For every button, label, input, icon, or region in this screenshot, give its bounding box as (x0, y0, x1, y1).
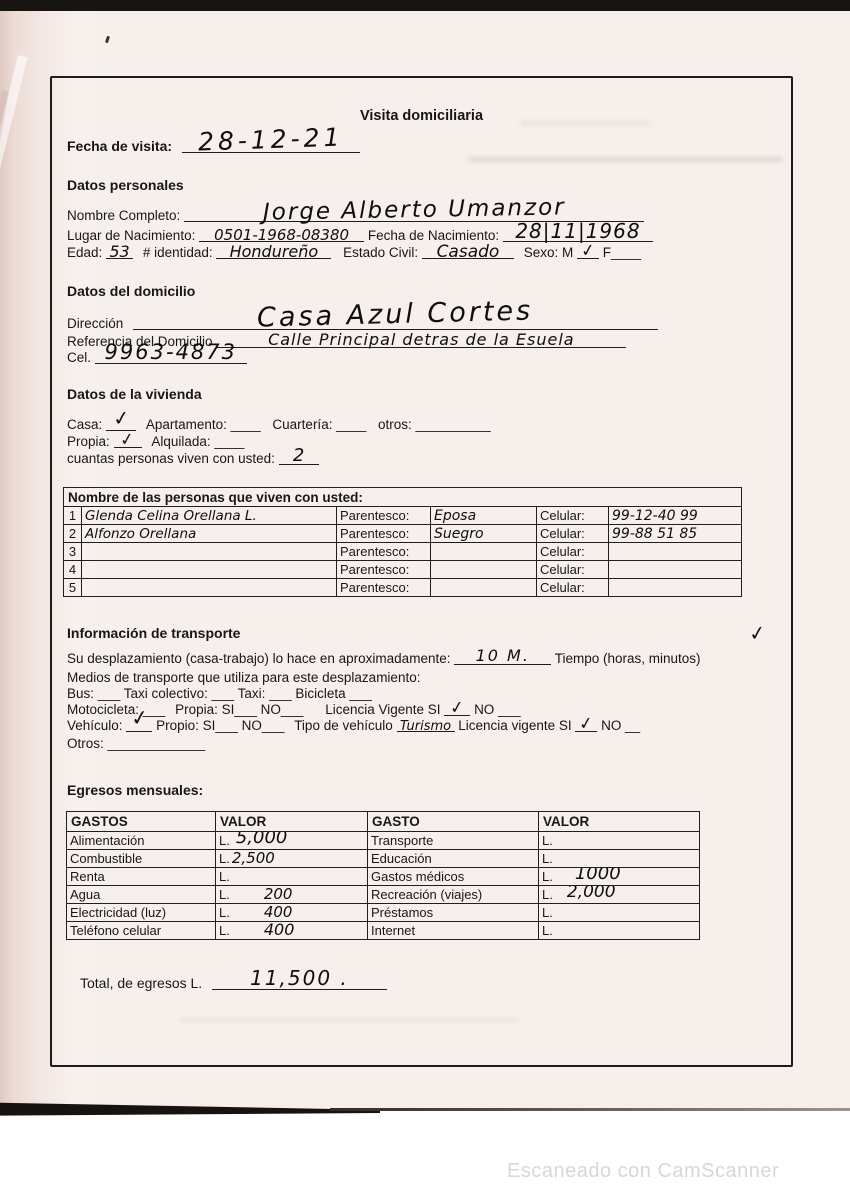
cell-phone-cell (609, 561, 742, 579)
person-name-cell (82, 561, 337, 579)
commute-time-handwriting: 10 M. (476, 652, 530, 660)
commute-time-field: 10 M. (454, 651, 551, 665)
cell-phone-cell (609, 579, 742, 597)
expense-value-cell: L.1000 (539, 868, 700, 886)
currency-prefix: L. (542, 923, 553, 938)
cell-phone-label: Celular: (537, 543, 609, 561)
expense-value-cell: L.5,000 (216, 832, 368, 850)
expenses-table: GASTOS VALOR GASTO VALOR Alimentación L.… (66, 811, 700, 940)
currency-prefix: L. (219, 869, 230, 884)
vehicle-line: Vehículo: ✓ Propio: SI___ NO___ Tipo de … (67, 718, 640, 734)
cell-phone-label: Celular: (537, 561, 609, 579)
visit-date-field: 28-12-21 (182, 139, 360, 153)
person-name-cell: Glenda Celina Orellana L. (82, 507, 337, 525)
address-reference-field: Calle Principal detras de la Esuela (216, 334, 626, 348)
expense-value-handwriting: 5,000 (236, 834, 288, 842)
owned-field: ✓ (114, 434, 142, 448)
motorcycle-label: Motocicleta: ___ (67, 702, 165, 717)
cuarteria-label: Cuartería: ____ (272, 417, 366, 432)
expense-value-cell: L.400 (216, 922, 368, 940)
household-count-field: 2 (279, 451, 319, 465)
table-row: Agua L.200 Recreación (viajes) L.2,000 (67, 886, 700, 904)
kinship-label: Parentesco: (337, 543, 431, 561)
address-reference-handwriting: Calle Principal detras de la Esuela (268, 336, 575, 344)
row-number: 2 (64, 525, 82, 543)
bus-taxi-line: Bus: ___ Taxi colectivo: ___ Taxi: ___ B… (67, 686, 372, 702)
visit-date-line: Fecha de visita: 28-12-21 (67, 138, 360, 155)
birth-place-field: 0501-1968-08380 (199, 228, 364, 242)
cell-phone-label: Celular: (537, 525, 609, 543)
expense-value-cell: L.2,500 (216, 850, 368, 868)
cell-phone-cell: 99-12-40 99 (609, 507, 742, 525)
table-row: 1 Glenda Celina Orellana L. Parentesco: … (64, 507, 742, 525)
table-row: 4 Parentesco: Celular: (64, 561, 742, 579)
monthly-expenses-heading: Egresos mensuales: (67, 782, 203, 798)
table-row: 5 Parentesco: Celular: (64, 579, 742, 597)
currency-prefix: L. (542, 887, 553, 902)
birth-date-label: Fecha de Nacimiento: (368, 228, 499, 243)
expense-name: Teléfono celular (67, 922, 216, 940)
phone-label: Cel. (67, 350, 91, 365)
table-row: 3 Parentesco: Celular: (64, 543, 742, 561)
person-name-handwriting: Alfonzo Orellana (85, 530, 196, 538)
expense-value-cell: L.400 (216, 904, 368, 922)
age-handwriting: 53 (109, 248, 129, 256)
motorcycle-license-label: Licencia Vigente SI (325, 702, 440, 717)
paper-fold-shadow (0, 90, 9, 702)
row-number: 3 (64, 543, 82, 561)
expense-value-cell: L. (539, 922, 700, 940)
visit-date-handwriting: 28-12-21 (198, 133, 344, 146)
column-header: VALOR (539, 812, 700, 832)
expense-name: Préstamos (368, 904, 539, 922)
age-label: Edad: (67, 245, 102, 260)
vehicle-license-label: Licencia vigente SI (458, 718, 571, 733)
sex-m-field: ✓ (577, 245, 599, 259)
phone-handwriting: 9963-4873 (105, 348, 237, 356)
row-number: 5 (64, 579, 82, 597)
vehicle-type-label: Tipo de vehículo (294, 718, 393, 733)
expense-value-handwriting: 2,000 (567, 888, 616, 896)
motorcycle-license-no-label: NO ___ (474, 702, 521, 717)
motorcycle-owned-label: Propia: SI___ NO___ (175, 702, 303, 717)
expense-name: Transporte (368, 832, 539, 850)
expense-name: Recreación (viajes) (368, 886, 539, 904)
others-housing-label: otros: __________ (378, 417, 491, 432)
currency-prefix: L. (219, 833, 230, 848)
table-row: Teléfono celular L.400 Internet L. (67, 922, 700, 940)
transport-heading: Información de transporte (67, 625, 240, 641)
checkmark-icon: ✓ (120, 435, 135, 445)
expense-value-cell: L.200 (216, 886, 368, 904)
address-field: Casa Azul Cortes (133, 316, 658, 330)
currency-prefix: L. (219, 905, 230, 920)
person-name-cell (82, 543, 337, 561)
address-data-heading: Datos del domicilio (67, 283, 195, 299)
vehicle-field: ✓ (126, 718, 152, 732)
expense-value-cell: L. (539, 832, 700, 850)
cell-phone-label: Celular: (537, 507, 609, 525)
checkmark-icon: ✓ (579, 719, 594, 729)
paper-background: Visita domiciliaria Fecha de visita: 28-… (0, 0, 850, 1110)
birth-date-field: 28|11|1968 (503, 228, 653, 242)
kinship-cell (431, 579, 537, 597)
commute-units-label: Tiempo (horas, minutos) (555, 651, 701, 666)
expense-value-handwriting: 400 (264, 908, 293, 916)
sex-f-label: F____ (603, 245, 641, 260)
house-label: Casa: (67, 417, 102, 432)
birth-line: Lugar de Nacimiento: 0501-1968-08380 Fec… (67, 228, 653, 244)
expense-name: Combustible (67, 850, 216, 868)
expense-value-cell: L. (216, 868, 368, 886)
vehicle-type-field: Turismo (397, 718, 455, 732)
scan-top-edge (0, 0, 850, 11)
row-number: 4 (64, 561, 82, 579)
expense-name: Alimentación (67, 832, 216, 850)
ownership-line: Propia: ✓ Alquilada: ____ (67, 434, 244, 450)
housing-data-heading: Datos de la vivienda (67, 386, 202, 402)
expense-name: Electricidad (luz) (67, 904, 216, 922)
kinship-handwriting: Suegro (434, 530, 484, 538)
personal-data-heading: Datos personales (67, 177, 184, 193)
household-table: Nombre de las personas que viven con ust… (63, 487, 742, 597)
currency-prefix: L. (542, 869, 553, 884)
table-row: Alimentación L.5,000 Transporte L. (67, 832, 700, 850)
commute-label: Su desplazamiento (casa-trabajo) lo hace… (67, 651, 450, 666)
total-expenses-label: Total, de egresos L. (80, 975, 202, 991)
expense-value-cell: L. (539, 850, 700, 868)
owned-label: Propia: (67, 434, 110, 449)
currency-prefix: L. (542, 905, 553, 920)
currency-prefix: L. (219, 851, 230, 866)
expense-name: Internet (368, 922, 539, 940)
visit-date-label: Fecha de visita: (67, 138, 172, 154)
kinship-handwriting: Eposa (434, 512, 476, 520)
birth-place-label: Lugar de Nacimiento: (67, 228, 195, 243)
expense-value-handwriting: 200 (264, 890, 293, 898)
expense-value-cell: L.2,000 (539, 886, 700, 904)
household-table-header: Nombre de las personas que viven con ust… (64, 488, 742, 507)
cell-phone-handwriting: 99-12-40 99 (612, 512, 698, 520)
total-expenses-line: Total, de egresos L. 11,500 . (80, 975, 387, 992)
identity-handwriting: Hondureño (230, 248, 319, 256)
sex-label: Sexo: M (524, 245, 574, 260)
cell-phone-cell (609, 543, 742, 561)
household-count-line: cuantas personas viven con usted: 2 (67, 451, 319, 467)
scan-bottom-edge (0, 1097, 380, 1116)
commute-line: Su desplazamiento (casa-trabajo) lo hace… (67, 651, 701, 667)
vehicle-label: Vehículo: (67, 718, 123, 733)
ink-speck (105, 36, 110, 44)
kinship-label: Parentesco: (337, 525, 431, 543)
column-header: VALOR (216, 812, 368, 832)
address-handwriting: Casa Azul Cortes (257, 307, 533, 322)
civil-status-handwriting: Casado (437, 248, 500, 256)
age-field: 53 (106, 245, 133, 259)
person-name-cell: Alfonzo Orellana (82, 525, 337, 543)
column-header: GASTOS (67, 812, 216, 832)
currency-prefix: L. (219, 923, 230, 938)
total-expenses-handwriting: 11,500 . (250, 974, 349, 982)
motorcycle-license-yes-field: ✓ (444, 702, 470, 716)
expense-name: Gastos médicos (368, 868, 539, 886)
camscanner-watermark: Escaneado con CamScanner (507, 1160, 779, 1183)
currency-prefix: L. (219, 887, 230, 902)
expenses-table-header: GASTOS VALOR GASTO VALOR (67, 812, 700, 832)
expense-name: Agua (67, 886, 216, 904)
full-name-label: Nombre Completo: (67, 208, 180, 223)
table-row: 2 Alfonzo Orellana Parentesco: Suegro Ce… (64, 525, 742, 543)
table-row: Renta L. Gastos médicos L.1000 (67, 868, 700, 886)
form-title: Visita domiciliaria (52, 108, 791, 124)
scanned-form-page: Visita domiciliaria Fecha de visita: 28-… (0, 0, 850, 1202)
transport-means-label: Medios de transporte que utiliza para es… (67, 670, 420, 686)
checkmark-icon: ✓ (580, 246, 595, 256)
birth-place-handwriting: 0501-1968-08380 (214, 231, 349, 239)
expense-name: Educación (368, 850, 539, 868)
kinship-label: Parentesco: (337, 507, 431, 525)
phone-field: 9963-4873 (95, 350, 247, 364)
expense-value-cell: L. (539, 904, 700, 922)
identity-label: # identidad: (143, 245, 213, 260)
expense-name: Renta (67, 868, 216, 886)
checkmark-icon: ✓ (749, 628, 767, 638)
kinship-cell (431, 561, 537, 579)
civil-status-field: Casado (422, 245, 514, 259)
checkmark-icon: ✓ (130, 713, 149, 723)
person-name-cell (82, 579, 337, 597)
expense-value-handwriting: 2,500 (232, 854, 275, 862)
apartment-label: Apartamento: ____ (146, 417, 261, 432)
household-count-handwriting: 2 (293, 452, 304, 460)
currency-prefix: L. (542, 851, 553, 866)
vehicle-license-yes-field: ✓ (575, 718, 597, 732)
kinship-cell (431, 543, 537, 561)
kinship-label: Parentesco: (337, 579, 431, 597)
scan-bottom-edge-line (330, 1108, 850, 1111)
table-row: Combustible L.2,500 Educación L. (67, 850, 700, 868)
cell-phone-cell: 99-88 51 85 (609, 525, 742, 543)
row-number: 1 (64, 507, 82, 525)
table-row: Electricidad (luz) L.400 Préstamos L. (67, 904, 700, 922)
cell-phone-handwriting: 99-88 51 85 (612, 530, 697, 538)
checkmark-icon: ✓ (450, 703, 465, 713)
vehicle-owned-label: Propio: SI___ NO___ (156, 718, 284, 733)
cell-phone-label: Celular: (537, 579, 609, 597)
paper-fold-highlight (0, 55, 28, 513)
rented-label: Alquilada: ____ (151, 434, 244, 449)
phone-line: Cel. 9963-4873 (67, 350, 247, 366)
age-civil-line: Edad: 53 # identidad: Hondureño Estado C… (67, 245, 641, 261)
address-label: Dirección (67, 316, 123, 331)
kinship-cell: Eposa (431, 507, 537, 525)
others-transport-label: Otros: _____________ (67, 736, 205, 752)
column-header: GASTO (368, 812, 539, 832)
total-expenses-field: 11,500 . (212, 976, 387, 990)
household-count-label: cuantas personas viven con usted: (67, 451, 275, 466)
expense-value-handwriting: 400 (264, 926, 295, 934)
currency-prefix: L. (542, 833, 553, 848)
vehicle-type-handwriting: Turismo (400, 723, 451, 731)
birth-date-handwriting: 28|11|1968 (515, 227, 640, 235)
civil-status-label: Estado Civil: (343, 245, 418, 260)
expense-value-handwriting: 1000 (575, 870, 621, 878)
form-border-box: Visita domiciliaria Fecha de visita: 28-… (50, 76, 793, 1067)
kinship-label: Parentesco: (337, 561, 431, 579)
checkmark-icon: ✓ (112, 413, 130, 423)
household-table-title: Nombre de las personas que viven con ust… (64, 488, 742, 507)
identity-field: Hondureño (216, 245, 331, 259)
vehicle-license-no-label: NO __ (601, 718, 640, 733)
full-name-handwriting: Jorge Alberto Umanzor (263, 203, 566, 216)
person-name-handwriting: Glenda Celina Orellana L. (85, 512, 257, 520)
kinship-cell: Suegro (431, 525, 537, 543)
